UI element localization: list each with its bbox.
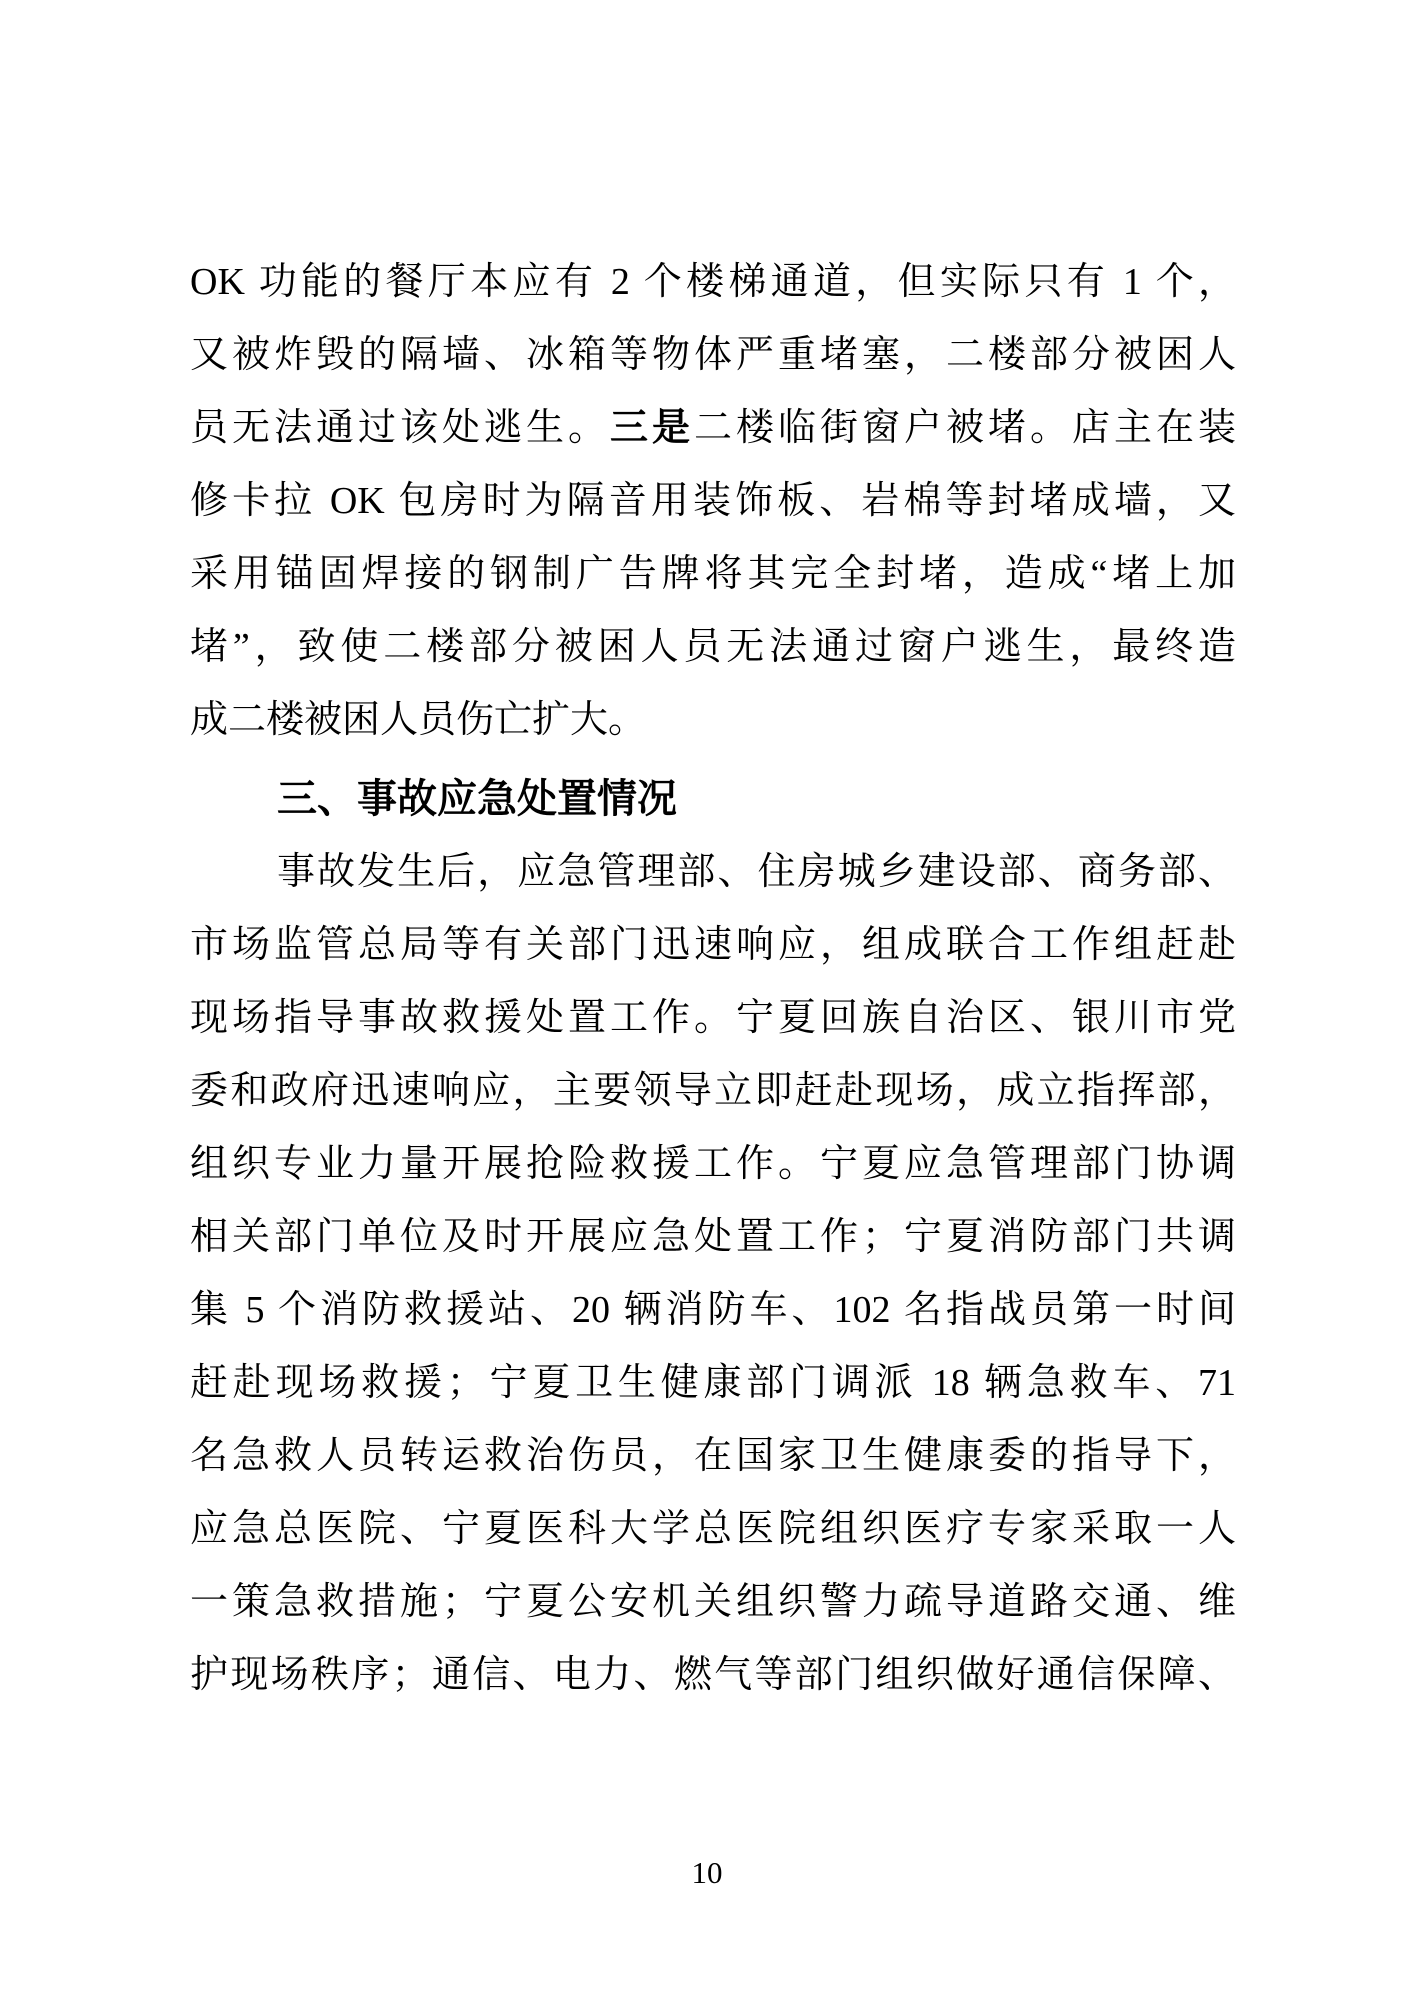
para1-line3-text-after: 二楼临街窗户被堵。店主在装 xyxy=(694,407,1236,449)
para2-line2: 市场监管总局等有关部门迅速响应，组成联合工作组赶赴 xyxy=(190,909,1236,982)
para1-line3-text: 员无法通过该处逃生。 xyxy=(190,407,610,449)
para2-line3: 现场指导事故救援处置工作。宁夏回族自治区、银川市党 xyxy=(190,982,1236,1055)
para2-line10: 应急总医院、宁夏医科大学总医院组织医疗专家采取一人 xyxy=(190,1493,1236,1566)
para2-line11: 一策急救措施；宁夏公安机关组织警力疏导道路交通、维 xyxy=(190,1566,1236,1639)
section-heading: 三、事故应急处置情况 xyxy=(190,763,1236,836)
para1-line5: 采用锚固焊接的钢制广告牌将其完全封堵，造成“堵上加 xyxy=(190,538,1236,611)
para2-line1: 事故发生后，应急管理部、住房城乡建设部、商务部、 xyxy=(190,836,1236,909)
para2-line9: 名急救人员转运救治伤员，在国家卫生健康委的指导下， xyxy=(190,1420,1236,1493)
para1-line3-emphasis: 三是 xyxy=(610,407,694,449)
para2-line5: 组织专业力量开展抢险救援工作。宁夏应急管理部门协调 xyxy=(190,1128,1236,1201)
para2-line6: 相关部门单位及时开展应急处置工作；宁夏消防部门共调 xyxy=(190,1201,1236,1274)
para1-line3: 员无法通过该处逃生。三是二楼临街窗户被堵。店主在装 xyxy=(190,392,1236,465)
document-page: OK 功能的餐厅本应有 2 个楼梯通道，但实际只有 1 个， 又被炸毁的隔墙、冰… xyxy=(0,0,1414,2000)
para1-line2: 又被炸毁的隔墙、冰箱等物体严重堵塞，二楼部分被困人 xyxy=(190,319,1236,392)
para2-line12: 护现场秩序；通信、电力、燃气等部门组织做好通信保障、 xyxy=(190,1639,1236,1712)
para1-line7: 成二楼被困人员伤亡扩大。 xyxy=(190,684,1236,757)
para1-line4: 修卡拉 OK 包房时为隔音用装饰板、岩棉等封堵成墙，又 xyxy=(190,465,1236,538)
page-number: 10 xyxy=(0,1850,1414,1896)
para1-line1: OK 功能的餐厅本应有 2 个楼梯通道，但实际只有 1 个， xyxy=(190,246,1236,319)
para2-line4: 委和政府迅速响应，主要领导立即赶赴现场，成立指挥部， xyxy=(190,1055,1236,1128)
para2-line8: 赶赴现场救援；宁夏卫生健康部门调派 18 辆急救车、71 xyxy=(190,1347,1236,1420)
para1-line6: 堵”，致使二楼部分被困人员无法通过窗户逃生，最终造 xyxy=(190,611,1236,684)
document-body: OK 功能的餐厅本应有 2 个楼梯通道，但实际只有 1 个， 又被炸毁的隔墙、冰… xyxy=(190,246,1236,1712)
para2-line7: 集 5 个消防救援站、20 辆消防车、102 名指战员第一时间 xyxy=(190,1274,1236,1347)
